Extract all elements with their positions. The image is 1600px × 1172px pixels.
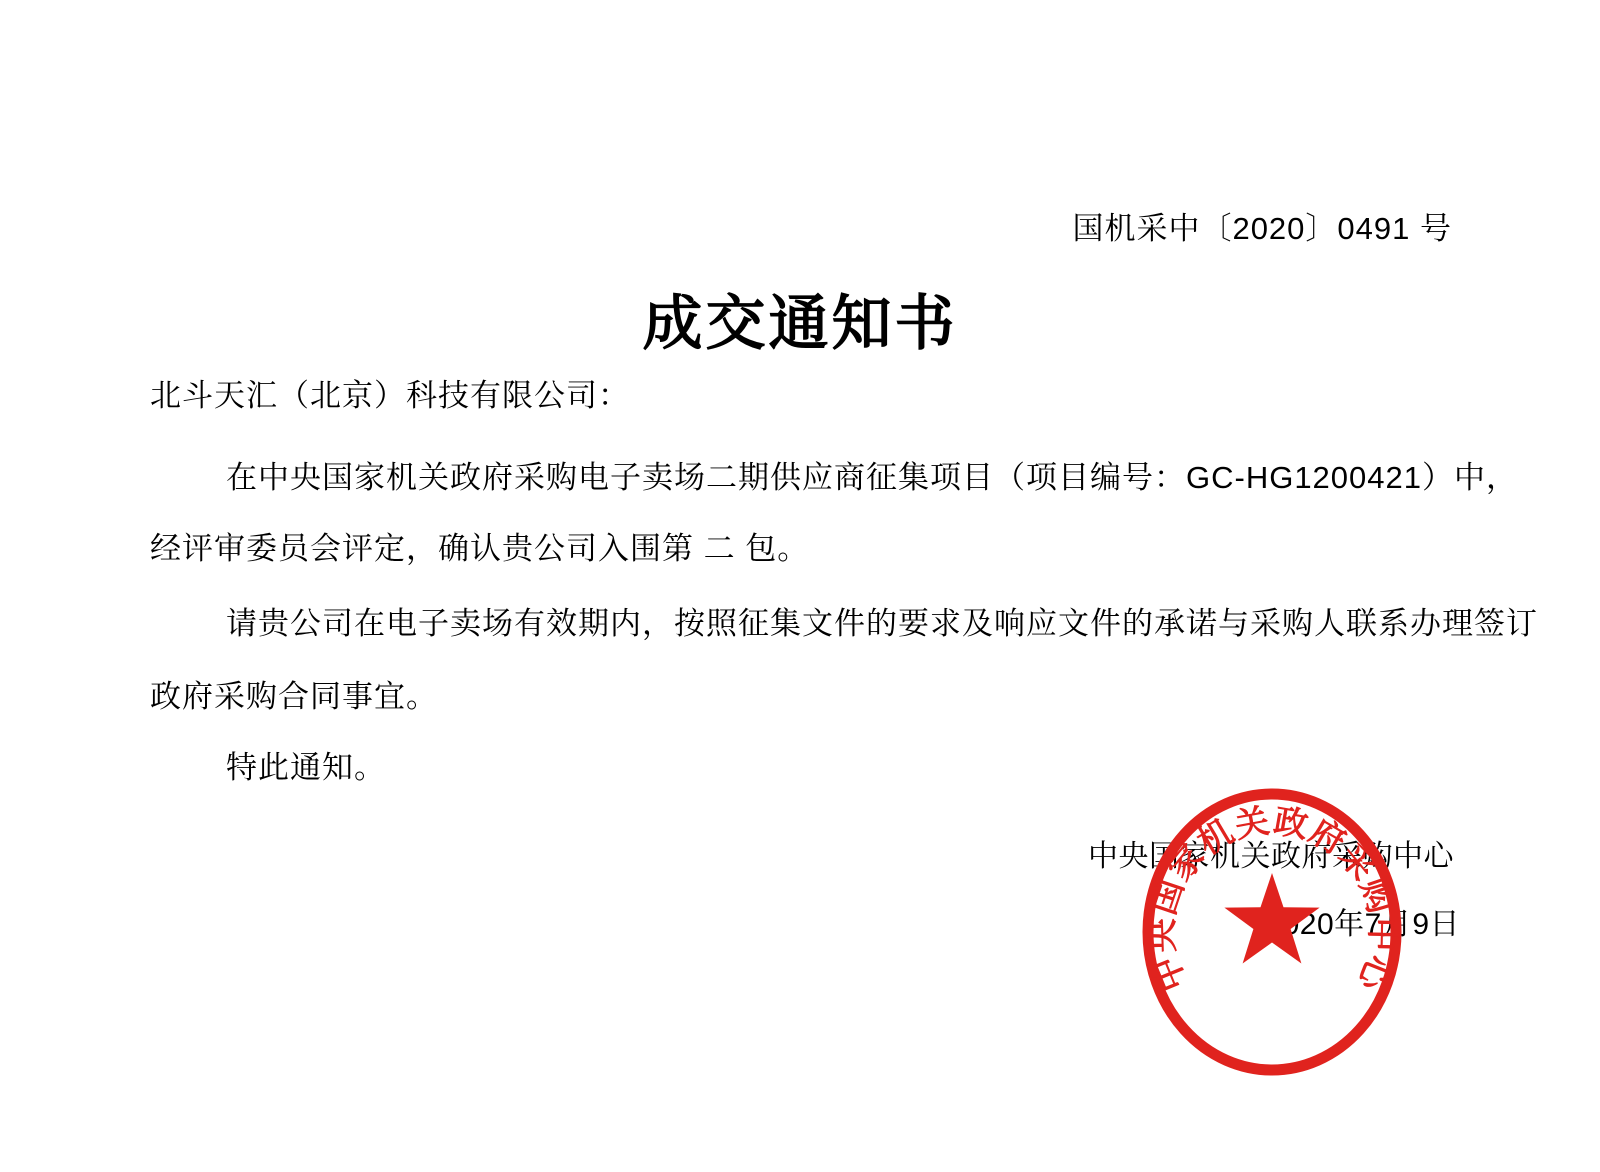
addressee-line: 北斗天汇（北京）科技有限公司： xyxy=(150,370,630,415)
issuer-signature: 中央国家机关政府采购中心 xyxy=(1088,831,1454,875)
award-notice-document: 国机采中〔2020〕0491 号 成交通知书 北斗天汇（北京）科技有限公司： 在… xyxy=(0,0,1600,1172)
document-reference-number: 国机采中〔2020〕0491 号 xyxy=(1072,203,1452,248)
paragraph-1-line-1: 在中央国家机关政府采购电子卖场二期供应商征集项目（项目编号：GC-HG12004… xyxy=(226,452,1518,497)
document-title: 成交通知书 xyxy=(0,276,1600,362)
paragraph-1-line-2: 经评审委员会评定，确认贵公司入围第 二 包。 xyxy=(150,523,809,568)
paragraph-2-line-1: 请贵公司在电子卖场有效期内，按照征集文件的要求及响应文件的承诺与采购人联系办理签… xyxy=(226,598,1538,643)
closing-line: 特此通知。 xyxy=(226,742,386,787)
issue-date: 2020年7月9日 xyxy=(1265,899,1460,943)
paragraph-2-line-2: 政府采购合同事宜。 xyxy=(150,671,438,716)
